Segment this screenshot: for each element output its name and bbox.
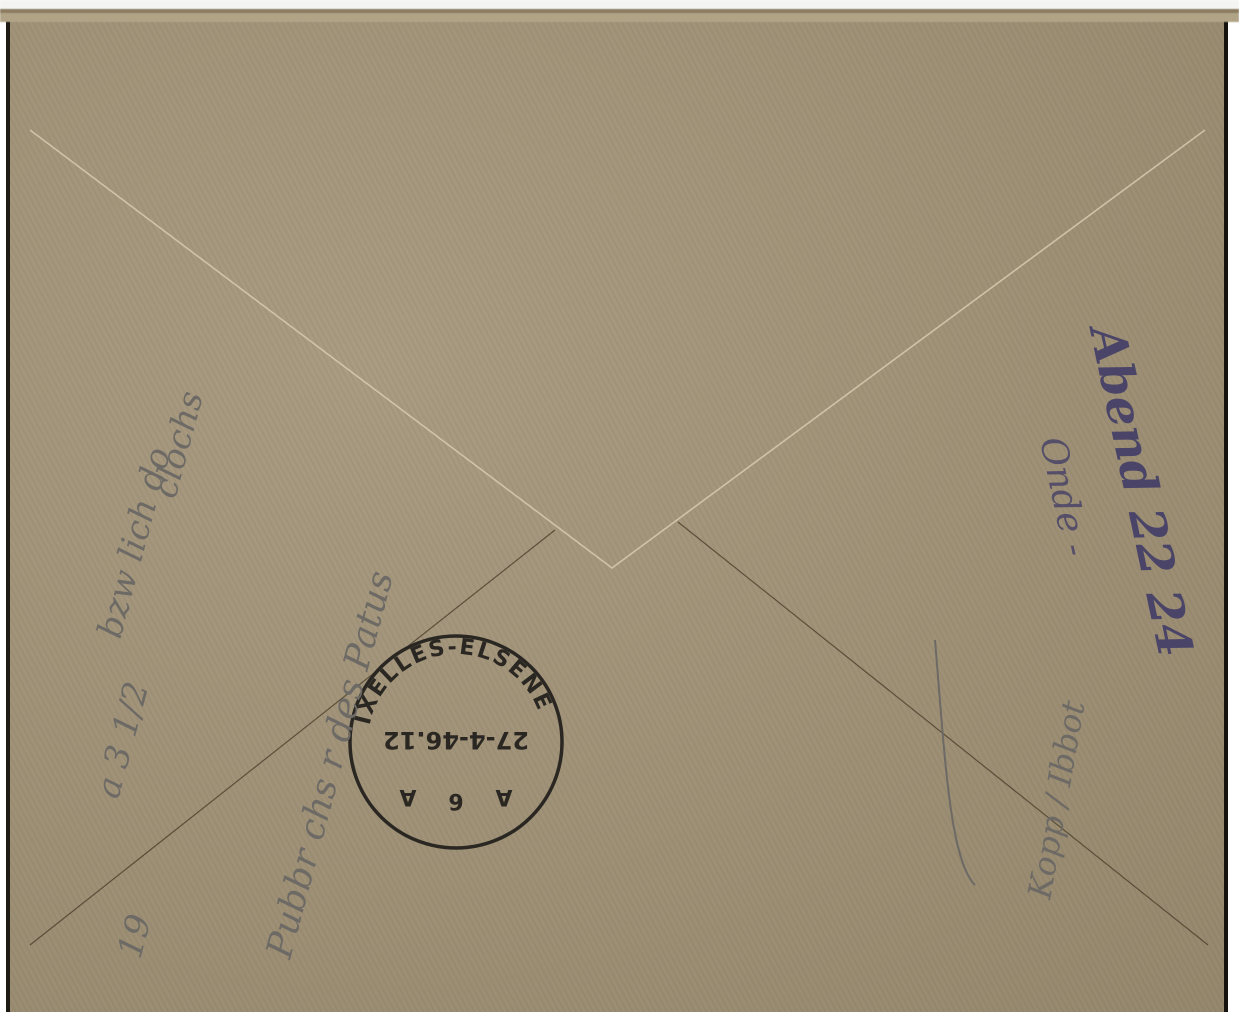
pencil-notes-left: 19 a 3 1/2 bzw lich do clochs Pubbr chs … (88, 387, 402, 963)
scanned-envelope: IXELLES-ELSENE 6 A A 27-4-46.12 19 a 3 1… (0, 0, 1239, 1021)
postmark-office-letter: A (495, 784, 512, 809)
pencil-line-3: Pubbr chs r des Patus (259, 567, 402, 964)
pencil-stroke (935, 640, 975, 885)
pencil-right-word: Kopp / Ibbot (1020, 698, 1092, 903)
pencil-number: 19 (110, 910, 160, 962)
ink-notes-right: Abend 22 24 Onde - (1031, 317, 1203, 662)
pencil-fraction: a 3 1/2 (88, 678, 157, 803)
envelope-overlay: IXELLES-ELSENE 6 A A 27-4-46.12 19 a 3 1… (0, 0, 1239, 1021)
ink-line-1: Abend 22 24 (1077, 317, 1203, 662)
postmark-date: 27-4-46.12 (383, 726, 529, 754)
postmark-office-letter-2: A (399, 784, 416, 809)
ink-line-2: Onde - (1031, 433, 1096, 560)
top-flap-crease (30, 130, 1205, 568)
pencil-line-2: clochs (145, 387, 212, 502)
pencil-notes-right: Kopp / Ibbot (935, 640, 1093, 902)
postmark: IXELLES-ELSENE 6 A A 27-4-46.12 (350, 635, 562, 848)
postmark-office-number: 6 (448, 788, 463, 813)
